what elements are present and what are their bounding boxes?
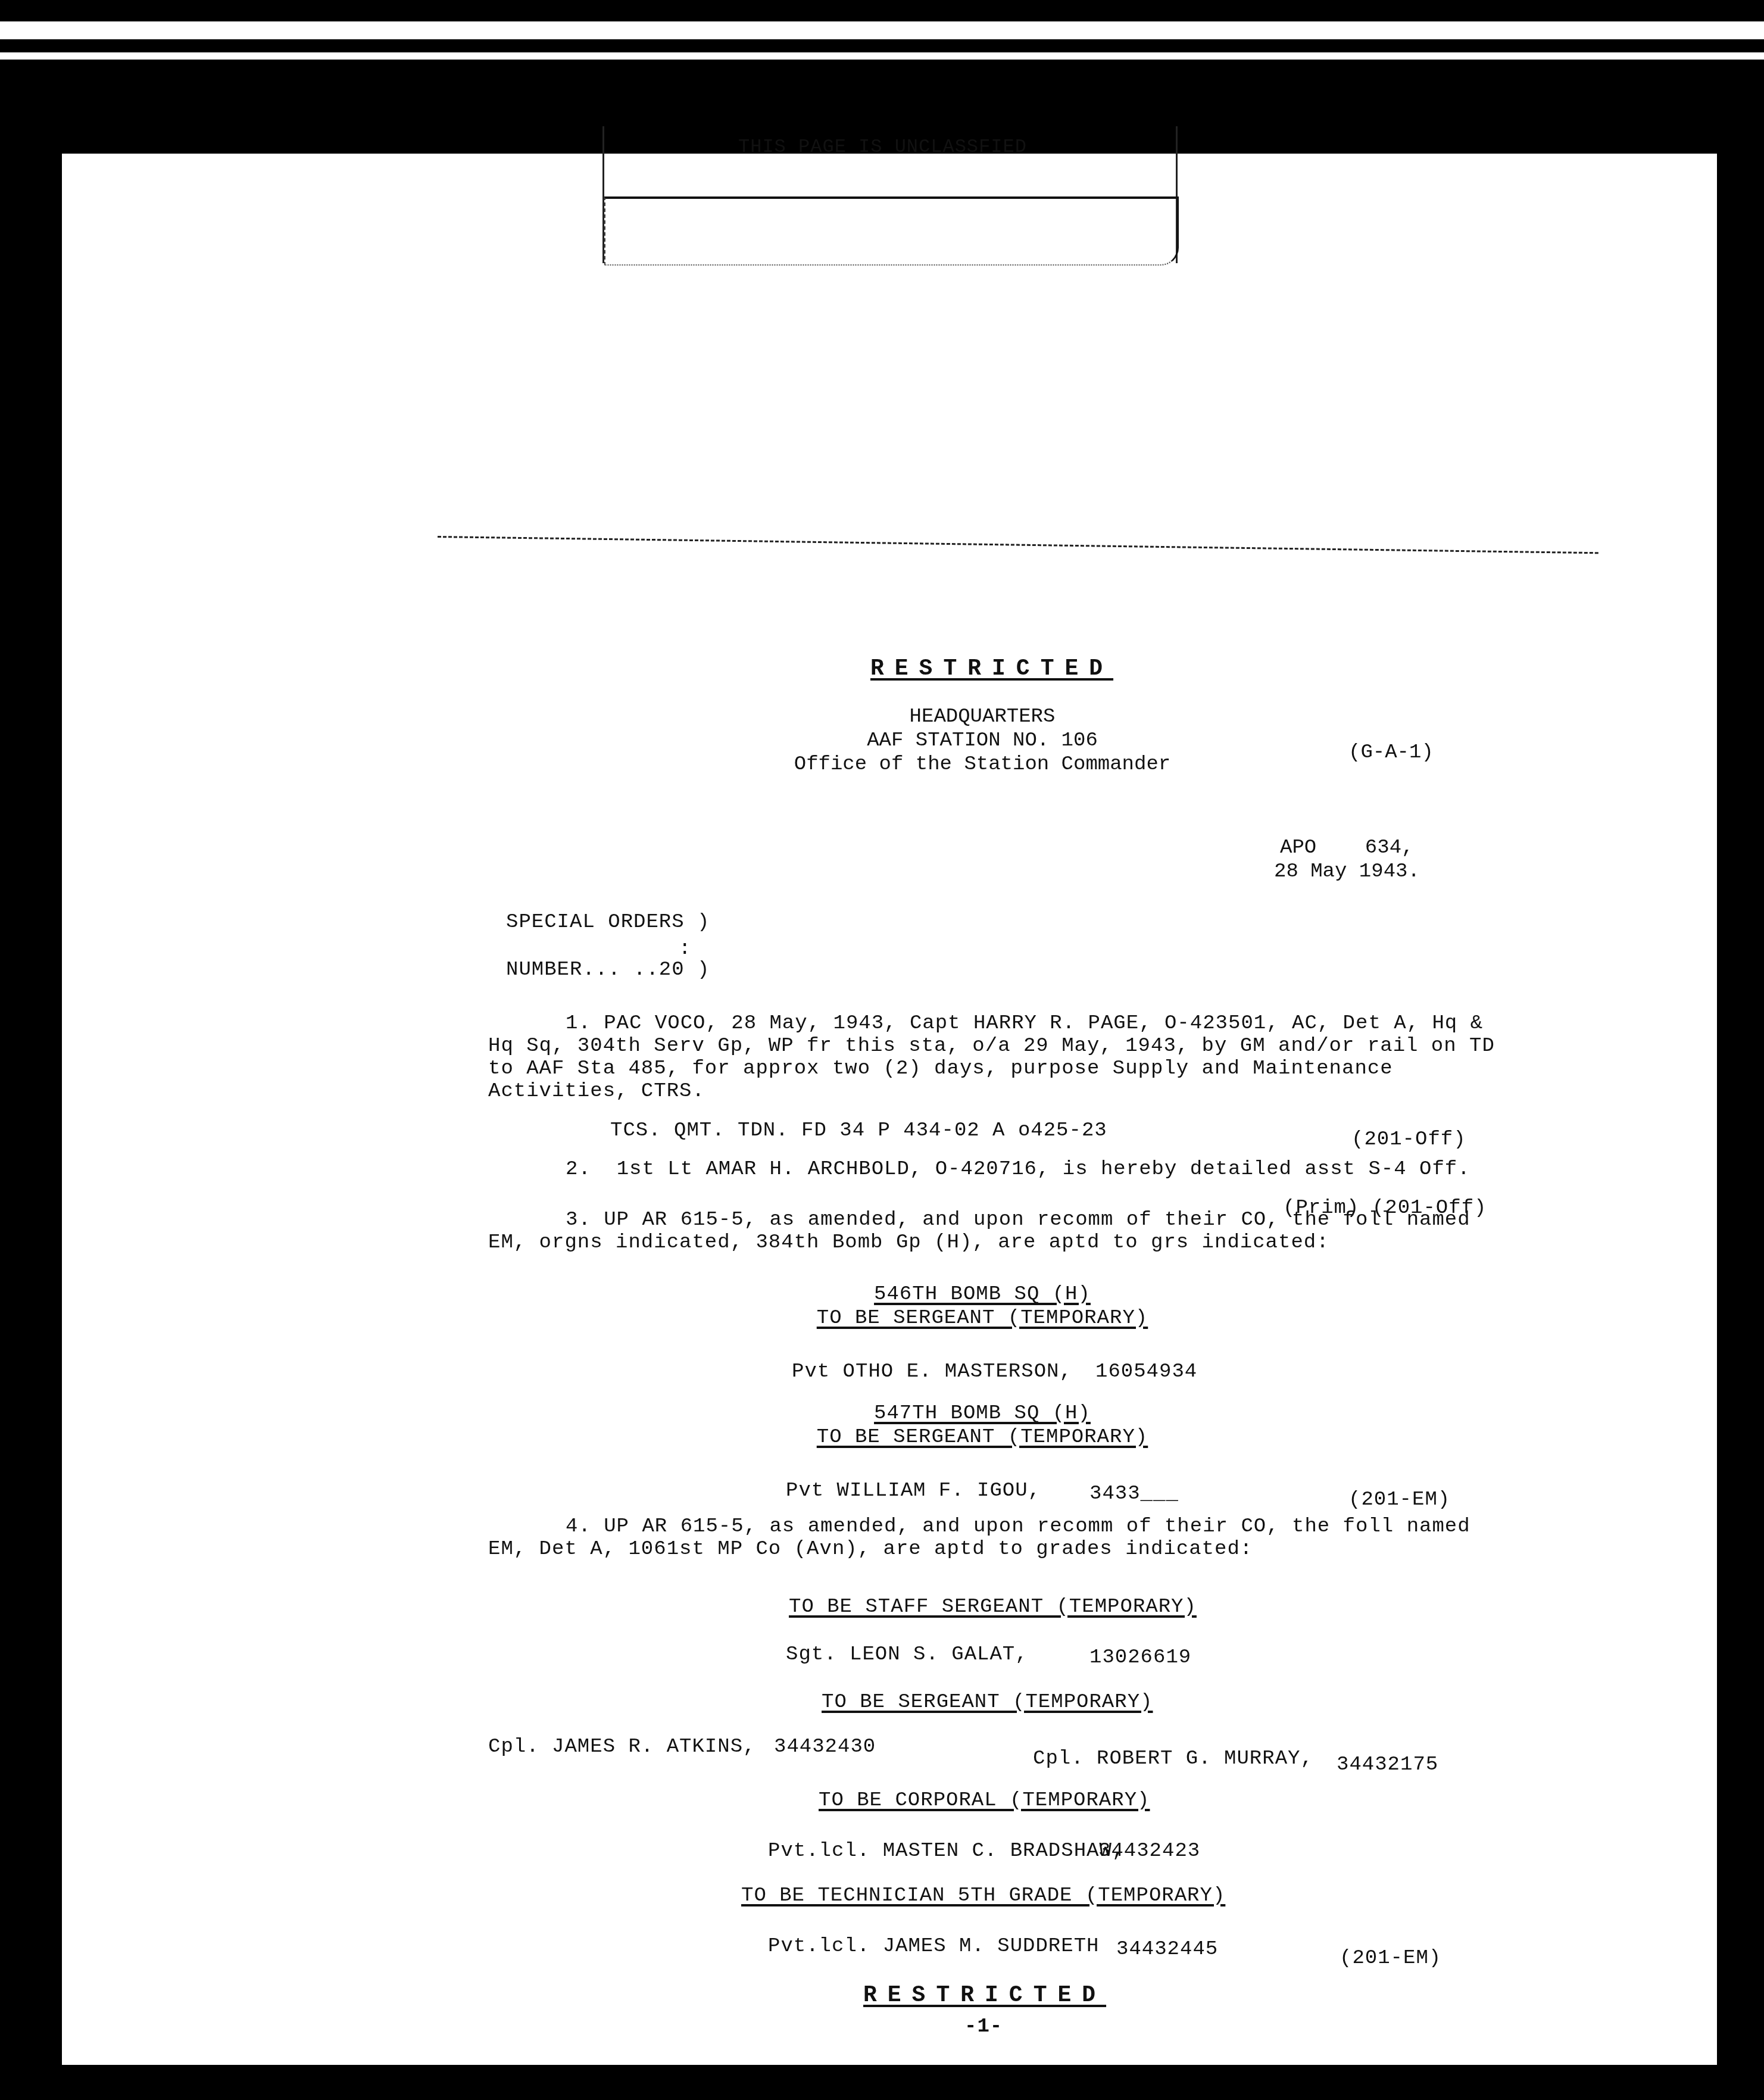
scan-border-stripe [0,21,1764,39]
member-serial: 13026619 [1089,1646,1191,1669]
paragraph-text: PAC VOCO, 28 May, 1943, Capt HARRY R. PA… [488,1012,1495,1103]
paragraph-number: 3. [566,1209,591,1231]
member-serial: 3433___ [1089,1483,1179,1505]
file-code: (G-A-1) [1348,741,1434,764]
unit-heading: 547TH BOMB SQ (H) [774,1402,1191,1425]
orders-colon: : [679,938,691,960]
paragraph-1-ref: (201-Off) [1351,1128,1466,1151]
paragraph-4-ref: (201-EM) [1340,1947,1441,1970]
fund-citation: TCS. QMT. TDN. FD 34 P 434-02 A o425-23 [610,1119,1107,1142]
grade-heading: TO BE SERGEANT (TEMPORARY) [774,1426,1191,1449]
member-name: Cpl. ROBERT G. MURRAY, [1033,1748,1313,1770]
member-serial: 34432423 [1098,1840,1200,1862]
member-name: Pvt OTHO E. MASTERSON, [792,1361,1072,1383]
unclassified-stamp-box [604,196,1179,266]
paragraph-text: UP AR 615-5, as amended, and upon recomm… [488,1209,1470,1254]
paragraph-number: 1. [566,1012,591,1035]
order-date: 28 May 1943. [1274,860,1420,883]
unclassified-stamp-text: THIS PAGE IS UNCLASSFIED [738,136,1027,158]
document-page [62,154,1717,2065]
member-name: Pvt.lcl. JAMES M. SUDDRETH [768,1935,1100,1958]
paragraph-4: 4. UP AR 615-5, as amended, and upon rec… [488,1515,1500,1561]
paragraph-3: 3. UP AR 615-5, as amended, and upon rec… [488,1209,1500,1254]
grade-heading: TO BE TECHNICIAN 5TH GRADE (TEMPORARY) [741,1884,1225,1907]
paragraph-2: 2. 1st Lt AMAR H. ARCHBOLD, O-420716, is… [566,1158,1470,1181]
member-serial: 34432430 [774,1736,876,1758]
paragraph-number: 2. [566,1158,591,1181]
scan-border-stripe [0,52,1764,60]
paragraph-text: 1st Lt AMAR H. ARCHBOLD, O-420716, is he… [617,1158,1470,1181]
paragraph-3-ref: (201-EM) [1348,1489,1450,1511]
grade-heading: TO BE STAFF SERGEANT (TEMPORARY) [789,1596,1197,1618]
member-name: Cpl. JAMES R. ATKINS, [488,1736,755,1758]
orders-number: NUMBER... ..20 ) [506,959,710,981]
classification-bottom: RESTRICTED [863,1983,1106,2008]
page-number: -1- [964,2015,1003,2038]
apo-number: APO 634, [1280,837,1413,859]
header-line-2: AAF STATION NO. 106 [774,729,1191,752]
member-serial: 34432175 [1337,1753,1438,1776]
member-name: Pvt.lcl. MASTEN C. BRADSHAW, [768,1840,1125,1862]
paragraph-text: UP AR 615-5, as amended, and upon recomm… [488,1515,1470,1561]
member-serial: 16054934 [1095,1361,1197,1383]
paragraph-number: 4. [566,1515,591,1538]
member-name: Sgt. LEON S. GALAT, [786,1643,1028,1666]
member-serial: 34432445 [1116,1938,1218,1961]
grade-heading: TO BE CORPORAL (TEMPORARY) [819,1789,1150,1812]
grade-heading: TO BE SERGEANT (TEMPORARY) [822,1691,1153,1714]
header-line-3: Office of the Station Commander [744,753,1220,776]
grade-heading: TO BE SERGEANT (TEMPORARY) [774,1307,1191,1330]
header-line-1: HEADQUARTERS [774,706,1191,728]
member-name: Pvt WILLIAM F. IGOU, [786,1480,1041,1502]
paragraph-1: 1. PAC VOCO, 28 May, 1943, Capt HARRY R.… [488,1012,1500,1103]
special-orders-title: SPECIAL ORDERS ) [506,911,710,934]
classification-top: RESTRICTED [870,656,1113,682]
unit-heading: 546TH BOMB SQ (H) [774,1283,1191,1306]
